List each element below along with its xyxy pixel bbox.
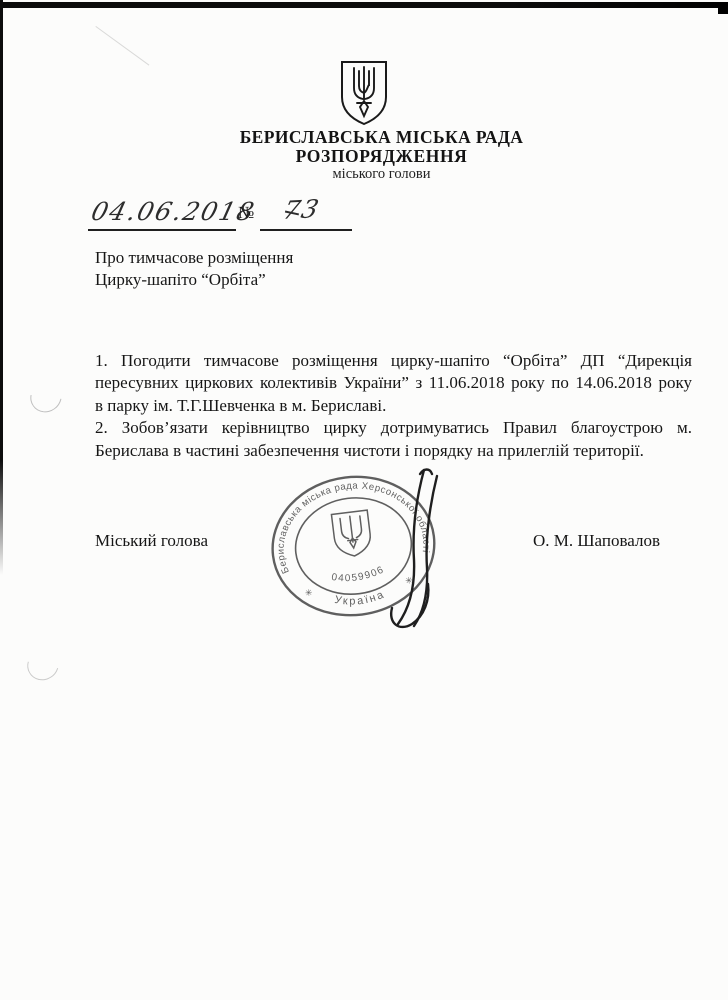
scan-crescent-artifact [22,644,65,686]
org-name: БЕРИСЛАВСЬКА МІСЬКА РАДА [35,127,728,148]
subject-line-2: Цирку-шапіто “Орбіта” [95,269,293,291]
subject-line-1: Про тимчасове розміщення [95,247,293,269]
svg-text:Україна: Україна [332,588,387,611]
tryzub-emblem-icon [338,59,390,132]
subject-block: Про тимчасове розміщення Цирку-шапіто “О… [95,247,293,291]
handwritten-number: 73 [280,194,323,225]
document-subtitle: міського голови [35,166,728,183]
paragraph-2-line: 2. Зобов’язати керівництво цирку дотриму… [95,417,692,439]
body-text: 1. Погодити тимчасове розміщення цирку-ш… [95,350,692,462]
seal-code: 04059906 [329,564,387,587]
scan-left-edge-band [0,0,3,575]
paragraph-1-line: пересувних циркових колективів України” … [95,372,692,394]
svg-text:04059906: 04059906 [329,564,387,587]
signature-autograph [384,466,446,639]
handwritten-date: 04.06.2018 [88,197,258,226]
seal-star-left: ✳ [304,587,313,598]
paragraph-1-line: в парку ім. Т.Г.Шевченка в м. Бериславі. [95,395,692,417]
number-label: № [238,203,254,223]
seal-country-text: Україна [332,588,387,611]
document-type-title: РОЗПОРЯДЖЕННЯ [35,146,728,167]
paragraph-2-line: Берислава в частині забезпечення чистоти… [95,440,692,462]
scan-top-edge-band [0,2,728,8]
date-underline [88,229,236,231]
number-underline [260,229,352,231]
paragraph-1-line: 1. Погодити тимчасове розміщення цирку-ш… [95,350,692,372]
scan-crescent-artifact [24,376,67,419]
signatory-name: О. М. Шаповалов [533,531,660,551]
signatory-title: Міський голова [95,531,208,551]
scan-scratch-mark [95,26,149,66]
seal-trident-icon [331,510,372,558]
